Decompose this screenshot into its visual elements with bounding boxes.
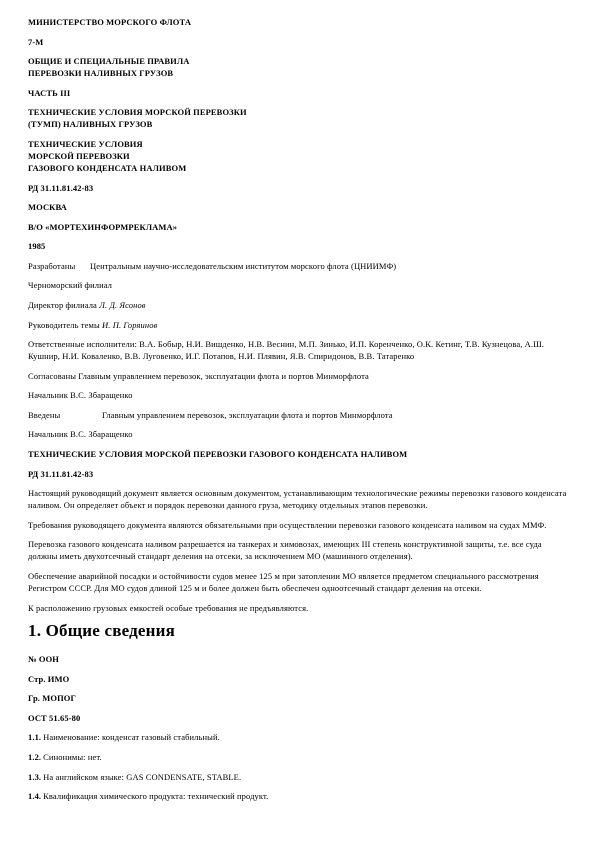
tump-title-line1: ТЕХНИЧЕСКИЕ УСЛОВИЯ МОРСКОЙ ПЕРЕВОЗКИ xyxy=(28,106,569,118)
publisher: В/О «МОРТЕХИНФОРМРЕКЛАМА» xyxy=(28,221,569,233)
list-item-number: 1.3. xyxy=(28,772,41,782)
lead-name: И. П. Горяинов xyxy=(102,320,157,330)
list-item-text: Квалификация химического продукта: техни… xyxy=(43,791,268,801)
director-label: Директор филиала xyxy=(28,300,97,310)
part-label: ЧАСТЬ III xyxy=(28,87,569,99)
executors-line: Ответственные исполнители: В.А. Бобыр, Н… xyxy=(28,338,569,362)
rules-title-line1: ОБЩИЕ И СПЕЦИАЛЬНЫЕ ПРАВИЛА xyxy=(28,55,569,67)
document-page: МИНИСТЕРСТВО МОРСКОГО ФЛОТА 7-М ОБЩИЕ И … xyxy=(0,0,595,842)
tump-title-line2: (ТУМП) НАЛИВНЫХ ГРУЗОВ xyxy=(28,118,569,130)
list-item-number: 1.4. xyxy=(28,791,41,801)
lead-label: Руководитель темы xyxy=(28,320,100,330)
list-item-text: Синонимы: нет. xyxy=(43,752,102,762)
section-heading: 1. Общие сведения xyxy=(28,621,569,641)
list-item-text: Наименование: конденсат газовый стабильн… xyxy=(43,732,220,742)
paragraph: Требования руководящего документа являют… xyxy=(28,519,569,531)
list-item-text: На английском языке: GAS CONDENSATE, STA… xyxy=(43,772,241,782)
subject-title-line2: МОРСКОЙ ПЕРЕВОЗКИ xyxy=(28,150,569,162)
subject-title-line3: ГАЗОВОГО КОНДЕНСАТА НАЛИВОМ xyxy=(28,162,569,174)
ref-mopog-group: Гр. МОПОГ xyxy=(28,692,569,704)
document-number: РД 31.11.81.42-83 xyxy=(28,468,569,480)
agreed-chief-line: Начальник В.С. Збаращенко xyxy=(28,389,569,401)
ministry-name: МИНИСТЕРСТВО МОРСКОГО ФЛОТА xyxy=(28,16,569,28)
paragraph: Настоящий руководящий документ является … xyxy=(28,487,569,511)
rules-title: ОБЩИЕ И СПЕЦИАЛЬНЫЕ ПРАВИЛА ПЕРЕВОЗКИ НА… xyxy=(28,55,569,79)
ref-imo-page: Стр. ИМО xyxy=(28,673,569,685)
city: МОСКВА xyxy=(28,201,569,213)
list-item: 1.3.На английском языке: GAS CONDENSATE,… xyxy=(28,771,569,783)
introduced-by: Главным управлением перевозок, эксплуата… xyxy=(102,410,393,420)
paragraph: Перевозка газового конденсата наливом ра… xyxy=(28,538,569,562)
introduced-line: ВведеныГлавным управлением перевозок, эк… xyxy=(28,409,569,421)
list-item-number: 1.2. xyxy=(28,752,41,762)
ref-un-number: № ООН xyxy=(28,653,569,665)
agreed-line: Согласованы Главным управлением перевозо… xyxy=(28,370,569,382)
paragraph: Обеспечение аварийной посадки и остойчив… xyxy=(28,570,569,594)
paragraph: К расположению грузовых емкостей особые … xyxy=(28,602,569,614)
tump-title: ТЕХНИЧЕСКИЕ УСЛОВИЯ МОРСКОЙ ПЕРЕВОЗКИ (Т… xyxy=(28,106,569,130)
ref-ost-standard: ОСТ 51.65-80 xyxy=(28,712,569,724)
introduced-label: Введены xyxy=(28,409,102,421)
director-name: Л. Д. Ясонов xyxy=(99,300,145,310)
subject-title-line1: ТЕХНИЧЕСКИЕ УСЛОВИЯ xyxy=(28,138,569,150)
list-item: 1.2.Синонимы: нет. xyxy=(28,751,569,763)
list-item: 1.4.Квалификация химического продукта: т… xyxy=(28,790,569,802)
rules-title-line2: ПЕРЕВОЗКИ НАЛИВНЫХ ГРУЗОВ xyxy=(28,67,569,79)
developed-by: Центральным научно-исследовательским инс… xyxy=(90,261,396,271)
doc-number: РД 31.11.81.42-83 xyxy=(28,182,569,194)
lead-line: Руководитель темы И. П. Горяинов xyxy=(28,319,569,331)
document-title: ТЕХНИЧЕСКИЕ УСЛОВИЯ МОРСКОЙ ПЕРЕВОЗКИ ГА… xyxy=(28,448,569,460)
introduced-chief-line: Начальник В.С. Збаращенко xyxy=(28,428,569,440)
list-item: 1.1.Наименование: конденсат газовый стаб… xyxy=(28,731,569,743)
doc-code: 7-М xyxy=(28,36,569,48)
developed-by-line: РазработаныЦентральным научно-исследоват… xyxy=(28,260,569,272)
developed-label: Разработаны xyxy=(28,260,90,272)
subject-title: ТЕХНИЧЕСКИЕ УСЛОВИЯ МОРСКОЙ ПЕРЕВОЗКИ ГА… xyxy=(28,138,569,174)
director-line: Директор филиала Л. Д. Ясонов xyxy=(28,299,569,311)
year: 1985 xyxy=(28,240,569,252)
list-item-number: 1.1. xyxy=(28,732,41,742)
branch-line: Черноморский филиал xyxy=(28,279,569,291)
